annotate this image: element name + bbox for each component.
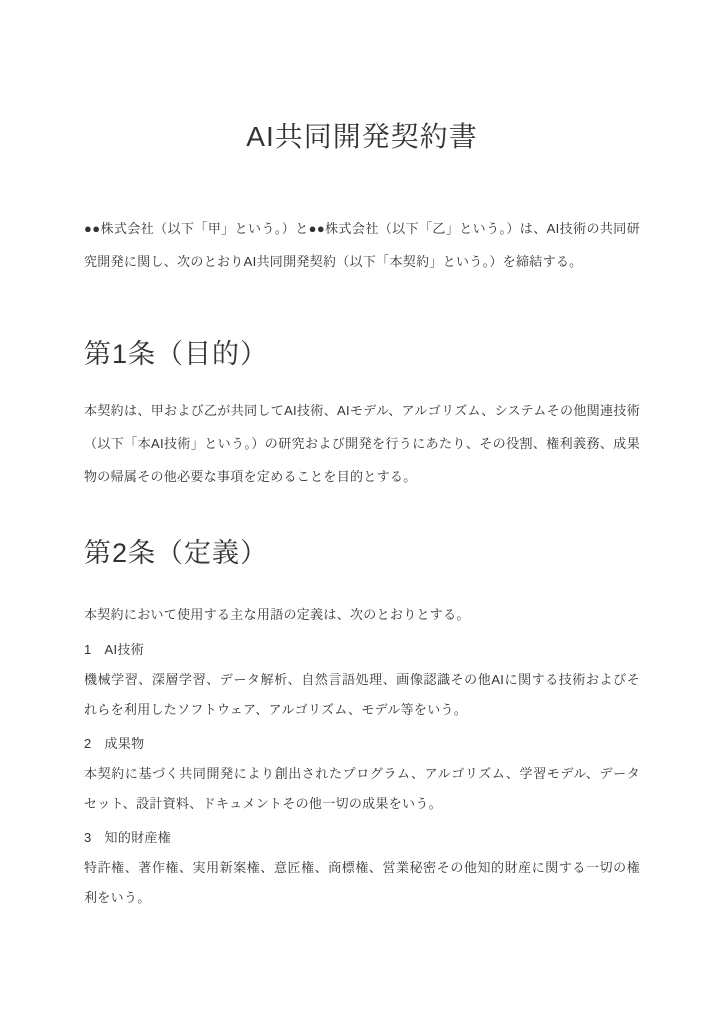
definition-3-description: 特許権、著作権、実用新案権、意匠権、商標権、営業秘密その他知的財産に関する一切の… bbox=[84, 853, 640, 913]
article-2-heading: 第2条（定義） bbox=[84, 533, 640, 573]
definition-2-description: 本契約に基づく共同開発により創出されたプログラム、アルゴリズム、学習モデル、デー… bbox=[84, 759, 640, 819]
definition-2-term: 成果物 bbox=[105, 736, 145, 751]
definition-2-number: 2 bbox=[84, 729, 92, 759]
contract-document-page: AI共同開発契約書 ●●株式会社（以下「甲」という。）と●●株式会社（以下「乙」… bbox=[0, 0, 724, 1024]
definition-1-number: 1 bbox=[84, 635, 92, 665]
article-1-heading: 第1条（目的） bbox=[84, 334, 640, 374]
definition-3-number: 3 bbox=[84, 823, 92, 853]
definition-item-3: 3知的財産権 特許権、著作権、実用新案権、意匠権、商標権、営業秘密その他知的財産… bbox=[84, 823, 640, 913]
definition-1-description: 機械学習、深層学習、データ解析、自然言語処理、画像認識その他AIに関する技術およ… bbox=[84, 665, 640, 725]
definition-3-label: 3知的財産権 bbox=[84, 823, 640, 853]
definition-item-1: 1AI技術 機械学習、深層学習、データ解析、自然言語処理、画像認識その他AIに関… bbox=[84, 635, 640, 725]
definition-1-term: AI技術 bbox=[105, 642, 144, 657]
definition-2-label: 2成果物 bbox=[84, 729, 640, 759]
definition-item-2: 2成果物 本契約に基づく共同開発により創出されたプログラム、アルゴリズム、学習モ… bbox=[84, 729, 640, 819]
preamble-paragraph: ●●株式会社（以下「甲」という。）と●●株式会社（以下「乙」という。）は、AI技… bbox=[84, 212, 640, 278]
definition-1-label: 1AI技術 bbox=[84, 635, 640, 665]
definition-3-term: 知的財産権 bbox=[105, 830, 172, 845]
article-1-body: 本契約は、甲および乙が共同してAI技術、AIモデル、アルゴリズム、システムその他… bbox=[84, 394, 640, 493]
article-2-body: 本契約において使用する主な用語の定義は、次のとおりとする。 bbox=[84, 598, 640, 631]
document-title: AI共同開発契約書 bbox=[84, 116, 640, 158]
